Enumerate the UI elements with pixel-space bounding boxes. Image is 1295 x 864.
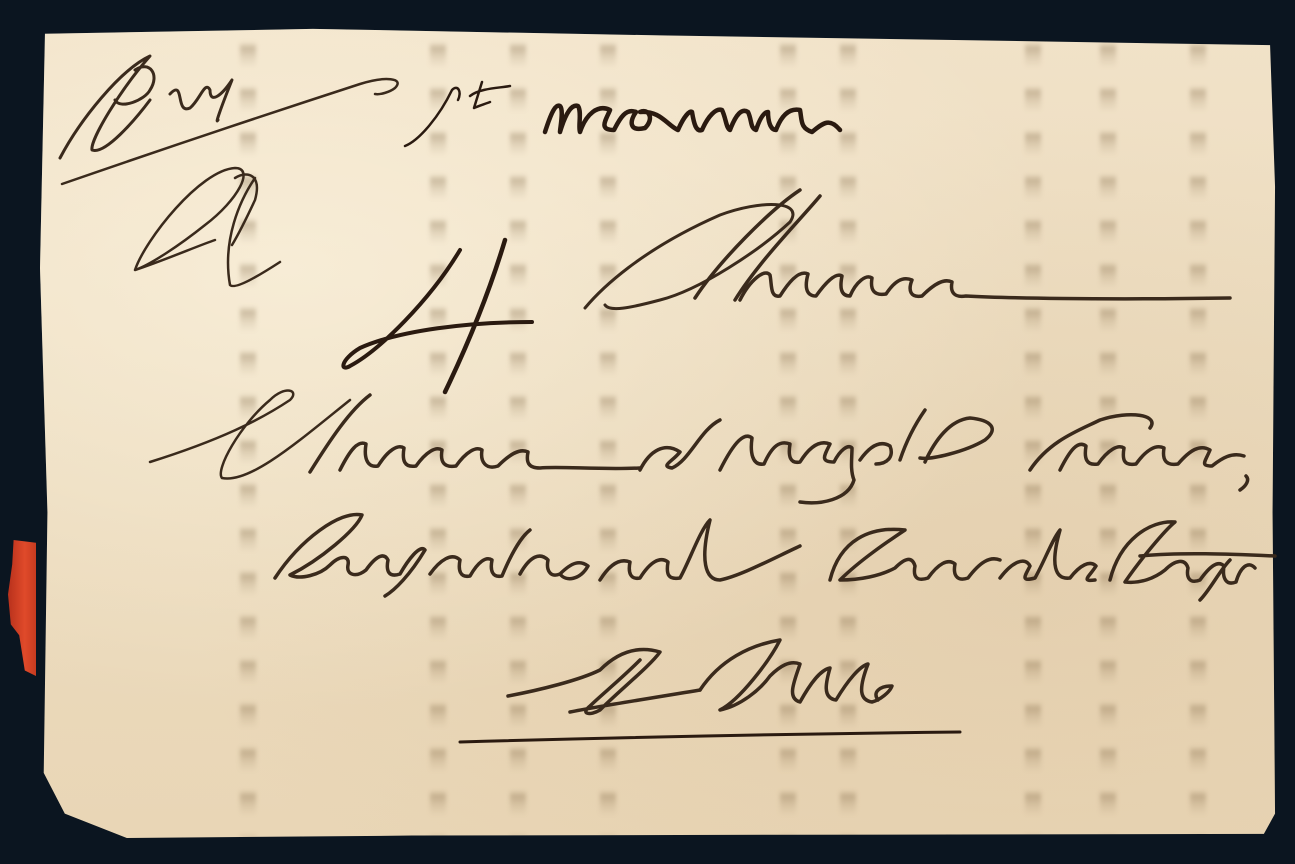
photo-stage: Brun S.t maximin R 4 Monsieur Monsieur d… [0, 0, 1295, 864]
